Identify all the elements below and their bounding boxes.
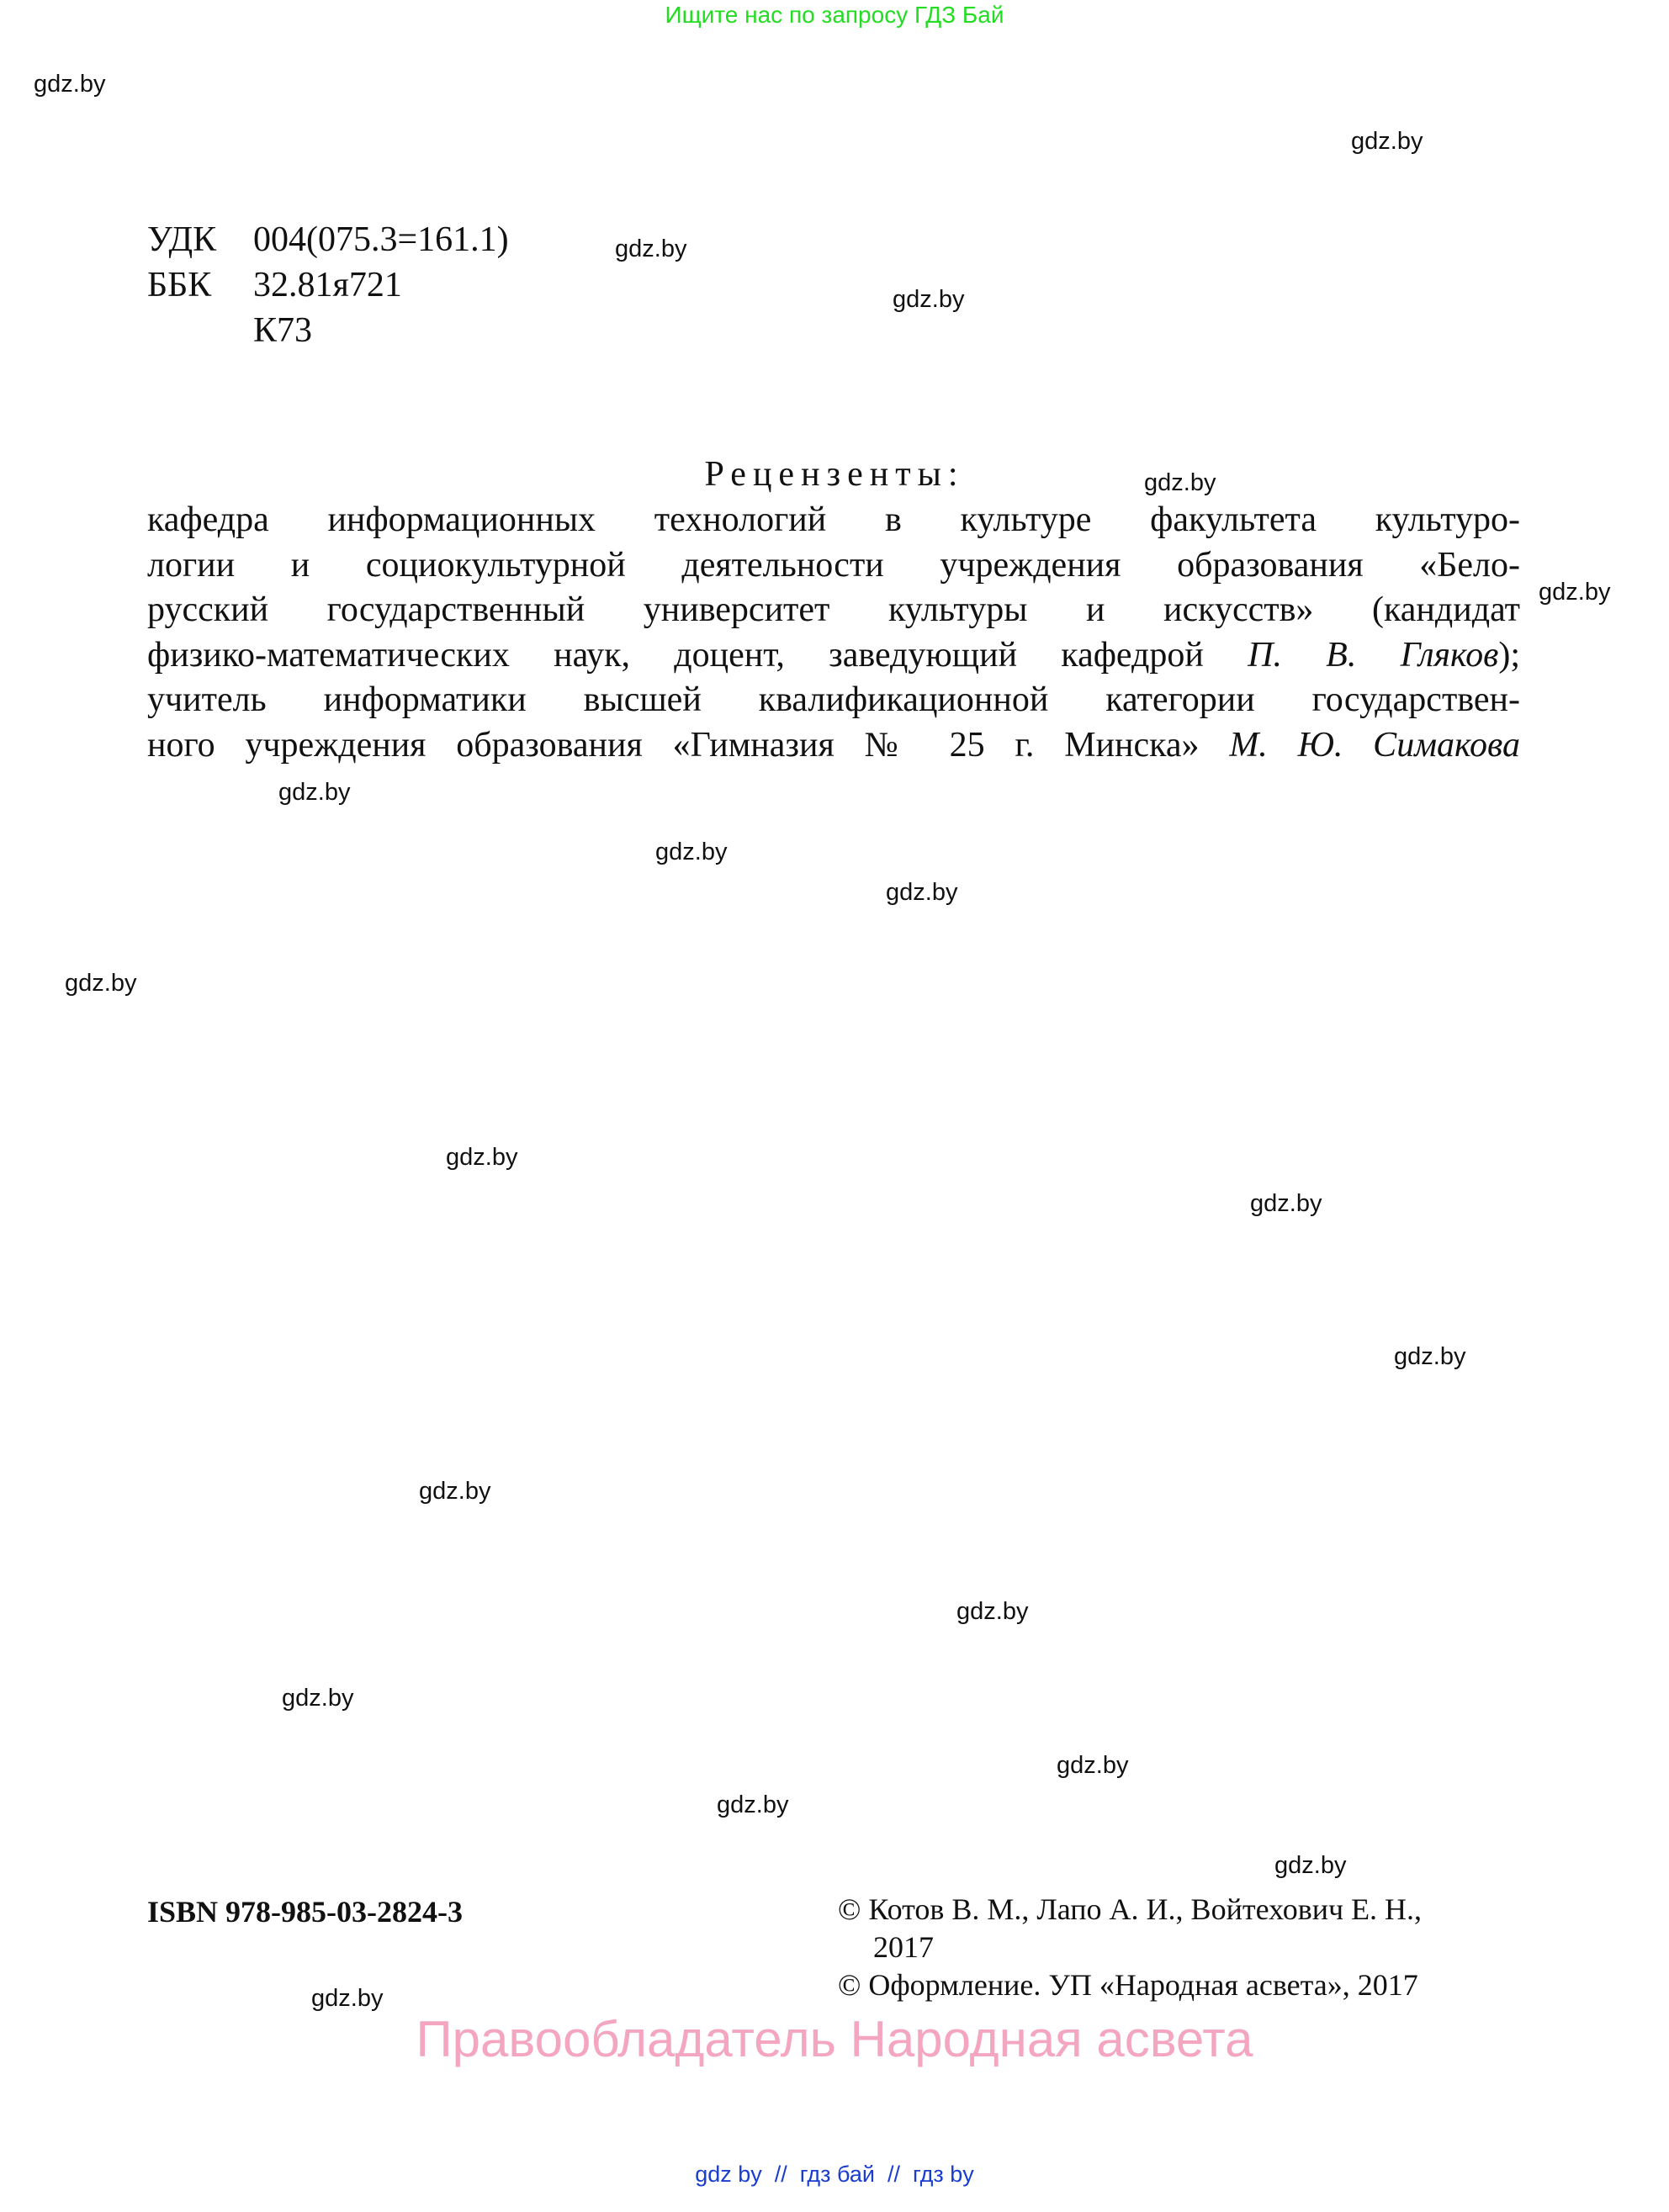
bbk-value: 32.81я721 xyxy=(253,262,402,308)
udk-value: 004(075.3=161.1) xyxy=(253,217,509,262)
reviewers-title: Рецензенты: xyxy=(0,454,1669,495)
watermark: gdz.by xyxy=(278,779,350,807)
reviewers-text: ); xyxy=(1498,636,1520,675)
copyright-block: © Котов В. М., Лапо А. И., Войтехович Е.… xyxy=(838,1891,1422,2004)
watermark: gdz.by xyxy=(956,1598,1028,1626)
reviewers-body: кафедра информационных технологий в куль… xyxy=(147,498,1520,768)
watermark: gdz.by xyxy=(1057,1752,1128,1780)
copyright-authors: © Котов В. М., Лапо А. И., Войтехович Е.… xyxy=(838,1891,1422,1929)
watermark: gdz.by xyxy=(446,1144,517,1172)
reviewers-line: логии и социокультурной деятельности учр… xyxy=(147,543,1520,589)
reviewers-text: физико-математических наук, доцент, заве… xyxy=(147,636,1248,675)
watermark: gdz.by xyxy=(1351,128,1423,156)
watermark: gdz.by xyxy=(282,1685,353,1712)
isbn: ISBN 978-985-03-2824-3 xyxy=(147,1894,463,1929)
reviewers-line: физико-математических наук, доцент, заве… xyxy=(147,633,1520,679)
watermark: gdz.by xyxy=(311,1985,383,2013)
reviewers-line: учитель информатики высшей квалификацион… xyxy=(147,678,1520,723)
watermark: gdz.by xyxy=(1539,579,1610,606)
classification-block: УДК004(075.3=161.1) ББК32.81я721 К73 xyxy=(147,217,509,353)
copyright-year: 2017 xyxy=(838,1929,1422,1966)
search-banner: Ищите нас по запросу ГДЗ Бай xyxy=(0,2,1669,29)
bbk-label: ББК xyxy=(147,262,253,308)
watermark: gdz.by xyxy=(419,1478,490,1506)
udk-label: УДК xyxy=(147,217,253,262)
watermark: gdz.by xyxy=(615,235,686,263)
watermark: gdz.by xyxy=(655,839,727,866)
copyright-design: © Оформление. УП «Народная асвета», 2017 xyxy=(838,1966,1422,2004)
reviewer-name: П. В. Гляков xyxy=(1248,636,1498,675)
reviewer-name: М. Ю. Симакова xyxy=(1229,726,1520,765)
watermark: gdz.by xyxy=(34,71,105,98)
footer-links[interactable]: gdz by // гдз бай // гдз by xyxy=(0,2162,1669,2188)
watermark: gdz.by xyxy=(1250,1190,1322,1218)
watermark: gdz.by xyxy=(893,286,964,314)
reviewers-text: ного учреждения образования «Гимназия № … xyxy=(147,726,1229,765)
watermark: gdz.by xyxy=(1394,1343,1465,1371)
reviewers-line: русский государственный университет куль… xyxy=(147,588,1520,633)
watermark: gdz.by xyxy=(886,879,957,907)
reviewers-line: кафедра информационных технологий в куль… xyxy=(147,498,1520,543)
rights-holder-notice: Правообладатель Народная асвета xyxy=(0,2010,1669,2068)
watermark: gdz.by xyxy=(65,970,136,998)
watermark: gdz.by xyxy=(1274,1852,1346,1880)
reviewers-line: ного учреждения образования «Гимназия № … xyxy=(147,723,1520,769)
watermark: gdz.by xyxy=(717,1791,788,1819)
author-mark: К73 xyxy=(253,308,312,353)
